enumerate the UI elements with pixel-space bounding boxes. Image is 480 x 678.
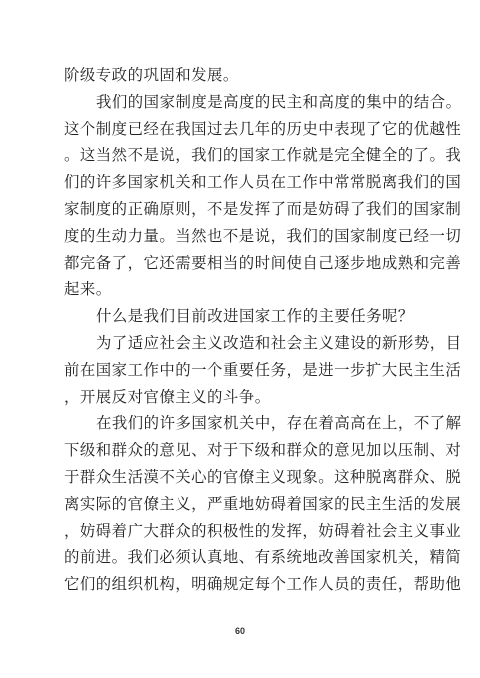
text-line: 阶级专政的巩固和发展。 bbox=[64, 62, 416, 89]
document-page: 阶级专政的巩固和发展。 我们的国家制度是高度的民主和高度的集中的结合。 这个制度… bbox=[0, 0, 480, 678]
text-line: 的前进。我们必须认真地、有系统地改善国家机关，精简 bbox=[64, 544, 416, 571]
text-line: 都完备了，它还需要相当的时间使自己逐步地成熟和完善 bbox=[64, 250, 416, 277]
text-line: 下级和群众的意见、对于下级和群众的意见加以压制、对 bbox=[64, 437, 416, 464]
text-line: 这个制度已经在我国过去几年的历史中表现了它的优越性 bbox=[64, 116, 416, 143]
text-line: 于群众生活漠不关心的官僚主义现象。这种脱离群众、脱 bbox=[64, 464, 416, 491]
body-text: 阶级专政的巩固和发展。 我们的国家制度是高度的民主和高度的集中的结合。 这个制度… bbox=[64, 62, 416, 598]
text-line: 我们的国家制度是高度的民主和高度的集中的结合。 bbox=[64, 89, 416, 116]
text-line: ，开展反对官僚主义的斗争。 bbox=[64, 384, 416, 411]
text-line: ，妨碍着广大群众的积极性的发挥，妨碍着社会主义事业 bbox=[64, 518, 416, 545]
text-line: 。这当然不是说，我们的国家工作就是完全健全的了。我 bbox=[64, 142, 416, 169]
text-line: 它们的组织机构，明确规定每个工作人员的责任，帮助他 bbox=[64, 571, 416, 598]
page-number: 60 bbox=[0, 626, 480, 636]
text-line: 什么是我们目前改进国家工作的主要任务呢？ bbox=[64, 303, 416, 330]
text-line: 们的许多国家机关和工作人员在工作中常常脱离我们的国 bbox=[64, 169, 416, 196]
text-line: 为了适应社会主义改造和社会主义建设的新形势，目 bbox=[64, 330, 416, 357]
text-line: 家制度的正确原则，不是发挥了而是妨碍了我们的国家制 bbox=[64, 196, 416, 223]
text-line: 起来。 bbox=[64, 276, 416, 303]
text-line: 离实际的官僚主义，严重地妨碍着国家的民主生活的发展 bbox=[64, 491, 416, 518]
text-line: 前在国家工作中的一个重要任务，是进一步扩大民主生活 bbox=[64, 357, 416, 384]
text-line: 在我们的许多国家机关中，存在着高高在上，不了解 bbox=[64, 410, 416, 437]
text-line: 度的生动力量。当然也不是说，我们的国家制度已经一切 bbox=[64, 223, 416, 250]
